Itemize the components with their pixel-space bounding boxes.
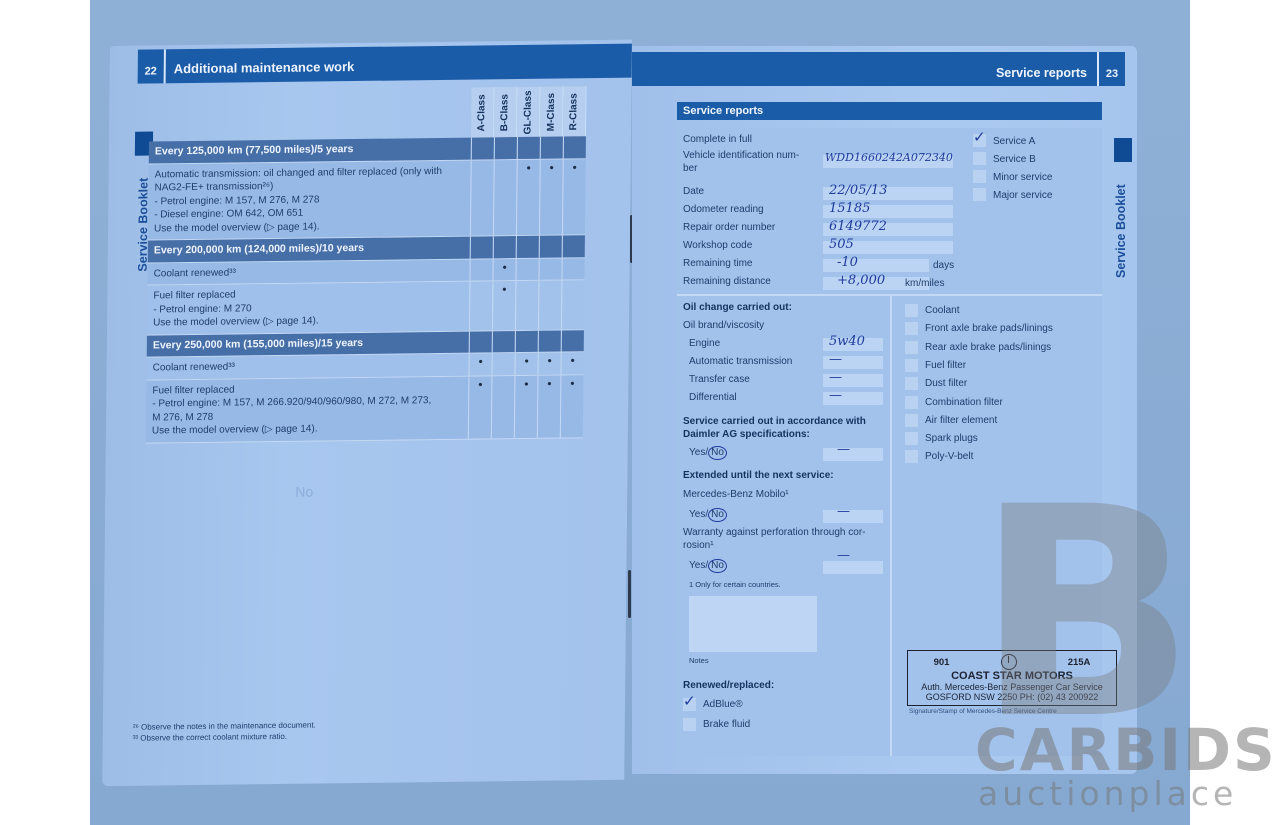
- column-header: A-Class: [471, 87, 495, 137]
- handwritten-value: 505: [829, 237, 854, 252]
- applicability-cell: [493, 160, 517, 236]
- applicability-cell: [539, 235, 562, 257]
- row-line: Use the model overview (▷ page 14).: [153, 313, 463, 330]
- applicability-cell: [538, 280, 562, 329]
- mobilo-value: —: [837, 504, 850, 519]
- column-header: M-Class: [540, 86, 564, 136]
- mobilo-label: Mercedes-Benz Mobilo¹: [683, 489, 789, 500]
- service-type-label: Service A: [993, 136, 1035, 147]
- service-type-label: Minor service: [993, 172, 1052, 183]
- left-page-header: 22 Additional maintenance work: [138, 44, 632, 84]
- part-label: Spark plugs: [925, 433, 978, 444]
- handwritten-value: —: [829, 388, 842, 403]
- applicability-cell: [469, 281, 493, 330]
- part-checkbox[interactable]: [905, 414, 918, 427]
- applicability-cell: [491, 353, 514, 375]
- row-description: Every 200,000 km (124,000 miles)/10 year…: [148, 237, 470, 262]
- page-number: 22: [138, 49, 166, 83]
- applicability-cell: [517, 137, 540, 159]
- handwritten-value: 6149772: [829, 219, 887, 234]
- applicability-cell: [515, 330, 538, 352]
- no-option-circled[interactable]: No: [708, 508, 727, 522]
- row-description: Fuel filter replaced- Petrol engine: M 1…: [146, 376, 469, 442]
- watermark-tagline: auctionplace: [978, 774, 1237, 813]
- applicability-cell: [469, 259, 492, 281]
- page-number: 23: [1097, 52, 1125, 86]
- applicability-cell: •: [516, 159, 540, 235]
- service-type-label: Service B: [993, 154, 1036, 165]
- complete-in-full-label: Complete in full: [683, 134, 752, 145]
- service-type-checkbox[interactable]: [973, 170, 986, 183]
- applicability-cell: [494, 137, 517, 159]
- applicability-cell: [538, 330, 561, 352]
- daimler-spec-title: Service carried out in accordance with: [683, 416, 866, 427]
- yes-option[interactable]: Yes: [689, 509, 705, 520]
- applicability-cell: •: [492, 281, 516, 330]
- handwritten-value: —: [829, 370, 842, 385]
- table-row: Fuel filter replaced- Petrol engine: M 2…: [147, 280, 584, 335]
- part-checkbox[interactable]: [905, 432, 918, 445]
- applicability-cell: [470, 160, 494, 236]
- column-header: B-Class: [494, 87, 518, 137]
- applicability-cell: [491, 376, 515, 438]
- applicability-cell: •: [539, 159, 563, 235]
- staple: [628, 570, 631, 618]
- applicability-cell: [492, 331, 515, 353]
- countries-footnote: 1 Only for certain countries.: [689, 580, 781, 589]
- oil-change-title: Oil change carried out:: [683, 302, 792, 313]
- part-checkbox[interactable]: [905, 377, 918, 390]
- applicability-cell: •: [560, 375, 584, 437]
- field-label: Vehicle identification num-: [683, 150, 799, 161]
- no-option-circled[interactable]: No: [708, 559, 727, 573]
- applicability-cell: [561, 258, 584, 280]
- side-tab-marker: [1114, 138, 1132, 162]
- field-label: Remaining time: [683, 258, 752, 269]
- yes-option[interactable]: Yes: [689, 560, 705, 571]
- applicability-cell: •: [537, 375, 561, 437]
- row-line: Coolant renewed³³: [154, 263, 464, 280]
- part-checkbox[interactable]: [905, 341, 918, 354]
- no-option-circled[interactable]: No: [708, 446, 727, 460]
- applicability-cell: •: [492, 259, 515, 281]
- handwritten-value: 22/05/13: [829, 183, 887, 198]
- field-label: Workshop code: [683, 240, 752, 251]
- applicability-cell: [516, 236, 539, 258]
- handwritten-value: 15185: [829, 201, 870, 216]
- part-checkbox[interactable]: [905, 450, 918, 463]
- part-checkbox[interactable]: [905, 359, 918, 372]
- field-label: Remaining distance: [683, 276, 771, 287]
- unit-label: km/miles: [905, 278, 944, 289]
- applicability-cell: [515, 258, 538, 280]
- extended-title: Extended until the next service:: [683, 470, 834, 481]
- row-description: Every 250,000 km (155,000 miles)/15 year…: [147, 331, 469, 356]
- notes-field[interactable]: [689, 596, 817, 652]
- oil-item-label: Automatic transmission: [689, 356, 792, 367]
- page-title: Service reports: [996, 66, 1087, 80]
- part-label: Fuel filter: [925, 360, 966, 371]
- maintenance-table: A-Class B-Class GL-Class M-Class R-Class…: [150, 86, 585, 91]
- class-column-headers: A-Class B-Class GL-Class M-Class R-Class: [471, 86, 587, 137]
- unit-label: days: [933, 260, 954, 271]
- applicability-cell: •: [562, 159, 586, 235]
- warranty-field[interactable]: [823, 561, 883, 574]
- row-description: Coolant renewed³³: [147, 259, 469, 284]
- part-label: Rear axle brake pads/linings: [925, 342, 1051, 353]
- row-description: Every 125,000 km (77,500 miles)/5 years: [149, 138, 471, 163]
- field-label: ber: [683, 163, 697, 174]
- renewed-title: Renewed/replaced:: [683, 680, 774, 691]
- applicability-cell: [493, 236, 516, 258]
- applicability-cell: •: [468, 376, 492, 438]
- warranty-yes-no: Yes/No: [689, 559, 727, 573]
- warranty-label: Warranty against perforation through cor…: [683, 527, 866, 538]
- handwritten-value: +8,000: [837, 273, 885, 288]
- row-line: Coolant renewed³³: [153, 358, 463, 375]
- applicability-cell: [469, 331, 492, 353]
- applicability-cell: [540, 136, 563, 158]
- field-label: Odometer reading: [683, 204, 764, 215]
- part-checkbox[interactable]: [905, 322, 918, 335]
- watermark-logo: B: [975, 500, 1188, 730]
- part-label: Poly-V-belt: [925, 451, 973, 462]
- row-description: Automatic transmission: oil changed and …: [148, 160, 471, 239]
- stamp-code: 901: [934, 657, 950, 668]
- handwritten-value: -10: [837, 255, 858, 270]
- daimler-spec-value: —: [837, 442, 850, 457]
- service-type-checkbox[interactable]: [973, 188, 986, 201]
- left-page: 22 Additional maintenance work Service B…: [102, 40, 632, 787]
- daimler-yes-no: Yes/No: [689, 446, 727, 460]
- field-label: Repair order number: [683, 222, 775, 233]
- part-label: Coolant: [925, 305, 959, 316]
- applicability-cell: •: [537, 353, 560, 375]
- notes-label: Notes: [689, 656, 709, 665]
- service-type-label: Major service: [993, 190, 1052, 201]
- row-description: Coolant renewed³³: [147, 354, 469, 379]
- yes-option[interactable]: Yes: [689, 447, 705, 458]
- right-page-header: Service reports: [632, 52, 1097, 86]
- applicability-cell: [563, 136, 586, 158]
- checkmark-icon: ✓: [683, 692, 696, 710]
- applicability-cell: •: [560, 352, 583, 374]
- section-title-bar: Service reports: [677, 102, 1102, 120]
- oil-item-label: Differential: [689, 392, 737, 403]
- applicability-cell: [561, 280, 585, 329]
- oil-item-label: Transfer case: [689, 374, 750, 385]
- mobilo-yes-no: Yes/No: [689, 508, 727, 522]
- handwritten-value: 5w40: [829, 334, 865, 349]
- footnotes: ²⁶ Observe the notes in the maintenance …: [133, 720, 316, 744]
- table-row: Automatic transmission: oil changed and …: [148, 159, 586, 241]
- part-label: Air filter element: [925, 415, 997, 426]
- applicability-cell: [470, 236, 493, 258]
- warranty-value: —: [837, 548, 850, 563]
- renewed-label: AdBlue®: [703, 699, 743, 710]
- bleed-through-text: No: [295, 484, 313, 500]
- applicability-cell: [538, 258, 561, 280]
- oil-item-label: Engine: [689, 338, 720, 349]
- handwritten-value: —: [829, 352, 842, 367]
- applicability-cell: •: [514, 353, 537, 375]
- daimler-spec-field[interactable]: [823, 448, 883, 461]
- page-title: Additional maintenance work: [174, 59, 355, 76]
- part-label: Front axle brake pads/linings: [925, 323, 1053, 334]
- renewed-checkbox[interactable]: [683, 718, 696, 731]
- part-label: Combination filter: [925, 397, 1003, 408]
- warranty-label: rosion¹: [683, 540, 714, 551]
- part-checkbox[interactable]: [905, 396, 918, 409]
- applicability-cell: [515, 281, 539, 330]
- applicability-cell: [471, 137, 494, 159]
- applicability-cell: •: [514, 375, 538, 437]
- part-label: Dust filter: [925, 378, 967, 389]
- renewed-label: Brake fluid: [703, 719, 750, 730]
- table-row: Fuel filter replaced- Petrol engine: M 1…: [146, 375, 584, 443]
- service-type-checkbox[interactable]: [973, 152, 986, 165]
- column-header: GL-Class: [517, 87, 541, 137]
- daimler-spec-title: Daimler AG specifications:: [683, 429, 810, 440]
- footnote: ³³ Observe the correct coolant mixture r…: [133, 731, 316, 744]
- part-checkbox[interactable]: [905, 304, 918, 317]
- mobilo-field[interactable]: [823, 510, 883, 523]
- handwritten-value: WDD1660242A072340: [825, 151, 953, 164]
- side-tab-label: Service Booklet: [1114, 184, 1128, 278]
- table-body: Every 125,000 km (77,500 miles)/5 yearsA…: [146, 136, 586, 443]
- oil-brand-label: Oil brand/viscosity: [683, 320, 764, 331]
- column-header: R-Class: [563, 86, 587, 136]
- checkmark-icon: ✓: [973, 128, 986, 146]
- applicability-cell: [562, 235, 585, 257]
- applicability-cell: •: [468, 353, 491, 375]
- row-line: Use the model overview (▷ page 14).: [152, 421, 462, 438]
- divider: [890, 296, 892, 756]
- row-description: Fuel filter replaced- Petrol engine: M 2…: [147, 282, 469, 334]
- field-label: Date: [683, 186, 704, 197]
- applicability-cell: [561, 330, 584, 352]
